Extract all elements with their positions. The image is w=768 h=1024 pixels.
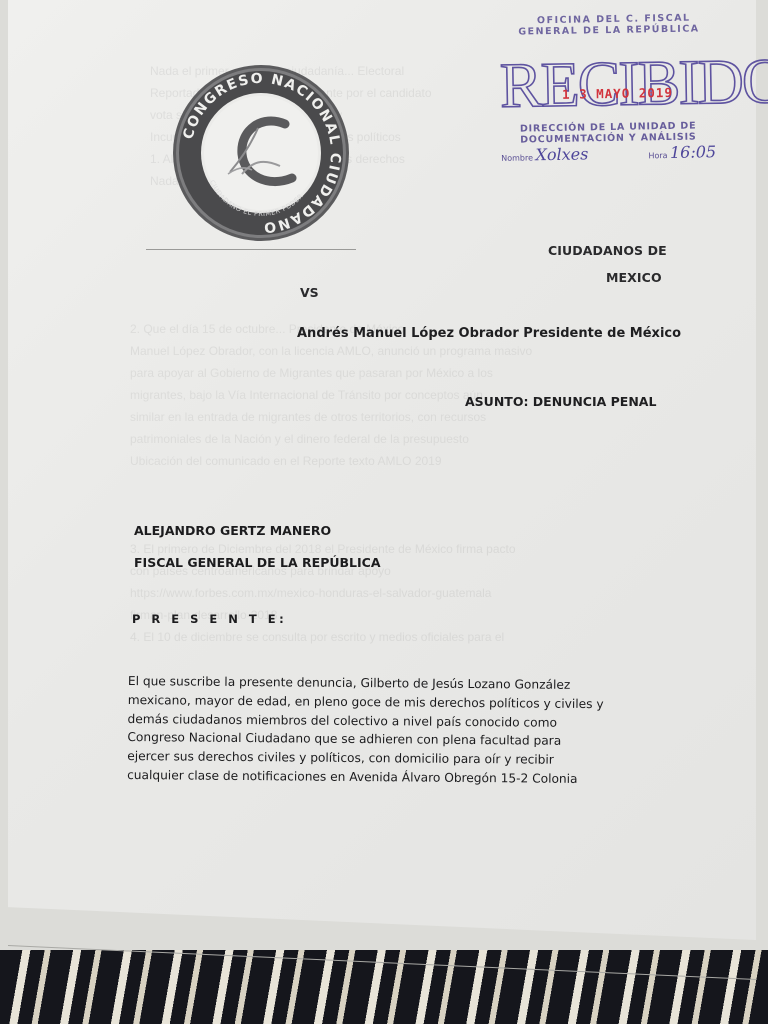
salutation: P R E S E N T E: (132, 612, 287, 626)
addressee-title: FISCAL GENERAL DE LA REPÚBLICA (134, 547, 381, 579)
signature-rule (146, 249, 356, 250)
stamp-time-label: Hora (648, 151, 667, 160)
plaintiff-line2: MEXICO (606, 270, 662, 285)
stamp-name-handwritten: Xolxes (535, 144, 588, 164)
stamp-signature-row: Nombre Xolxes Hora 16:05 (501, 142, 716, 165)
subject-line: ASUNTO: DENUNCIA PENAL (465, 394, 656, 409)
stamp-received-word: RECIBIDO (499, 50, 715, 118)
respondent-name: Andrés Manuel López Obrador Presidente d… (297, 326, 681, 341)
addressee-name: ALEJANDRO GERTZ MANERO (134, 515, 381, 547)
stamp-name-label: Nombre (501, 153, 533, 163)
stamp-date: 1 3 MAYO 2019 (562, 85, 673, 102)
received-stamp: OFICINA DEL C. FISCAL GENERAL DE LA REPÚ… (499, 12, 722, 166)
addressee-block: ALEJANDRO GERTZ MANERO FISCAL GENERAL DE… (134, 515, 381, 579)
plaintiff-line1: CIUDADANOS DE (548, 243, 667, 258)
complaint-body-paragraph: El que suscribe la presente denuncia, Gi… (127, 672, 668, 789)
seal-logo-icon: CONGRESO NACIONAL CIUDADANO CIUDADANO EL… (170, 62, 352, 244)
versus-label: VS (300, 285, 319, 300)
congreso-nacional-ciudadano-seal: CONGRESO NACIONAL CIUDADANO CIUDADANO EL… (170, 62, 352, 244)
stamp-time-handwritten: 16:05 (670, 142, 716, 162)
